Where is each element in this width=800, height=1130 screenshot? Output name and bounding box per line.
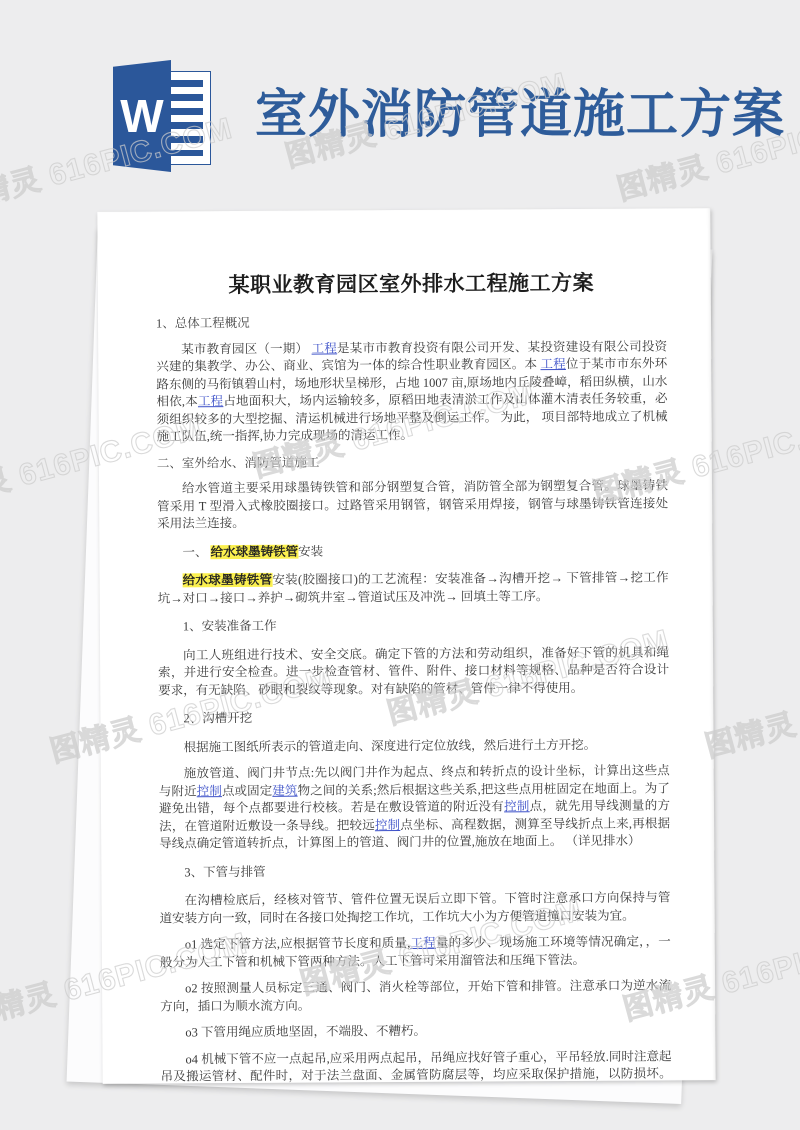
document-body: 1、总体工程概况某市教育园区（一期） 工程是某市市教育投资有限公司开发、某投资建… <box>156 312 672 1083</box>
doc-subheading: 一、 给水球墨铸铁管安装 <box>157 541 668 562</box>
doc-hyperlink[interactable]: 工程 <box>312 341 338 355</box>
text-run: 2、沟槽开挖 <box>183 711 252 725</box>
text-run: o3 下管用绳应质地坚固，不端股、不糟朽。 <box>185 1024 426 1039</box>
document-page: 某职业教育园区室外排水工程施工方案 1、总体工程概况某市教育园区（一期） 工程是… <box>97 208 715 1084</box>
document-title: 某职业教育园区室外排水工程施工方案 <box>156 266 667 299</box>
text-run: 在沟槽检底后，经核对管节、管件位置无误后立即下管。下管时注意承口方向保持与管道安… <box>160 890 671 925</box>
doc-paragraph: o3 下管用绳应质地坚固，不端股、不糟朽。 <box>160 1021 671 1042</box>
text-run: 占地面积大，场内运输较多，原稻田地表清淤工作及山体灌木清表任务较重，必须组织较多… <box>157 391 668 443</box>
text-run: 给水管道主要采用球墨铸铁管和部分钢塑复合管，消防管全部为钢塑复合管。球墨铸铁管采… <box>157 478 668 530</box>
doc-paragraph: o4 机械下管不应一点起吊,应采用两点起吊，吊绳应找好管子重心，平吊轻放.同时注… <box>160 1048 671 1084</box>
doc-subheading: 2、沟槽开挖 <box>158 707 669 728</box>
doc-paragraph: 在沟槽检底后，经核对管节、管件位置无误后立即下管。下管时注意承口方向保持与管道安… <box>160 889 671 927</box>
doc-hyperlink[interactable]: 工程 <box>410 936 436 950</box>
doc-hyperlink[interactable]: 工程 <box>198 394 223 408</box>
page-title: 室外消防管道施工方案 <box>255 72 785 147</box>
text-run: 3、下管与排管 <box>184 864 265 878</box>
watermark: 图精灵 616PIC.COM <box>699 648 800 766</box>
word-icon: W <box>95 60 215 175</box>
doc-paragraph: 向工人班组进行技术、安全交底。确定下管的方法和劳动组织，准备好下管的机具和绳索，… <box>158 644 669 700</box>
doc-paragraph: o2 按照测量人员标定三通、阀门、消火栓等部位，开始下管和排管。注意承口为逆水流… <box>160 977 671 1015</box>
doc-subheading: 3、下管与排管 <box>159 861 670 882</box>
text-run: o2 按照测量人员标定三通、阀门、消火栓等部位，开始下管和排管。注意承口为逆水流… <box>160 978 671 1013</box>
highlighted-text: 给水球墨铸铁管 <box>211 544 299 559</box>
text-run: 二、室外给水、消防管道施工 <box>157 455 320 470</box>
header: W 室外消防管道施工方案 <box>0 0 800 215</box>
highlighted-text: 给水球墨铸铁管 <box>183 573 273 588</box>
doc-hyperlink[interactable]: 工程 <box>540 357 565 371</box>
text-run: 1、安装准备工作 <box>183 619 277 634</box>
doc-paragraph: 某市教育园区（一期） 工程是某市市教育投资有限公司开发、某投资建设有限公司投资兴… <box>156 338 668 446</box>
doc-hyperlink[interactable]: 控制 <box>504 799 530 813</box>
text-run: 点或固定 <box>222 783 273 797</box>
text-run: o4 机械下管不应一点起吊,应采用两点起吊，吊绳应找好管子重心，平吊轻放.同时注… <box>161 1049 672 1084</box>
doc-section-heading: 1、总体工程概况 <box>156 312 667 333</box>
doc-hyperlink[interactable]: 控制 <box>197 784 222 798</box>
text-run: 某市教育园区（一期） <box>181 341 311 356</box>
doc-paragraph: o1 选定下管方法,应根据管节长度和质量,工程量的多少、现场施工环境等情况确定，… <box>160 933 671 971</box>
text-run: 安装 <box>298 544 323 558</box>
doc-section-heading: 二、室外给水、消防管道施工 <box>157 452 668 473</box>
doc-hyperlink[interactable]: 控制 <box>375 818 400 832</box>
word-icon-letter: W <box>120 93 163 139</box>
text-run: 一、 <box>182 545 210 559</box>
doc-paragraph: 施放管道、阀门井节点:先以阀门井作为起点、终点和转折点的设计坐标，计算出这些点与… <box>159 762 671 853</box>
text-run: o1 选定下管方法,应根据管节长度和质量, <box>185 936 411 951</box>
page-background: { "watermark": { "text": "图精灵 616PIC.COM… <box>0 0 800 1130</box>
doc-hyperlink[interactable]: 建筑 <box>272 783 297 797</box>
text-run: 根据施工图纸所表示的管道走向、深度进行定位放线，然后进行土方开挖。 <box>184 737 597 754</box>
doc-paragraph: 根据施工图纸所表示的管道走向、深度进行定位放线，然后进行土方开挖。 <box>159 736 670 757</box>
word-icon-panel: W <box>113 60 171 172</box>
doc-paragraph: 给水管道主要采用球墨铸铁管和部分钢塑复合管，消防管全部为钢塑复合管。球墨铸铁管采… <box>157 477 668 533</box>
text-run: 向工人班组进行技术、安全交底。确定下管的方法和劳动组织，准备好下管的机具和绳索，… <box>158 645 669 697</box>
doc-paragraph: 给水球墨铸铁管安装(胶圈接口)的工艺流程：安装准备→沟槽开挖→ 下管排管→挖工作… <box>158 569 669 607</box>
text-run: 1、总体工程概况 <box>156 316 250 331</box>
doc-subheading: 1、安装准备工作 <box>158 615 669 636</box>
